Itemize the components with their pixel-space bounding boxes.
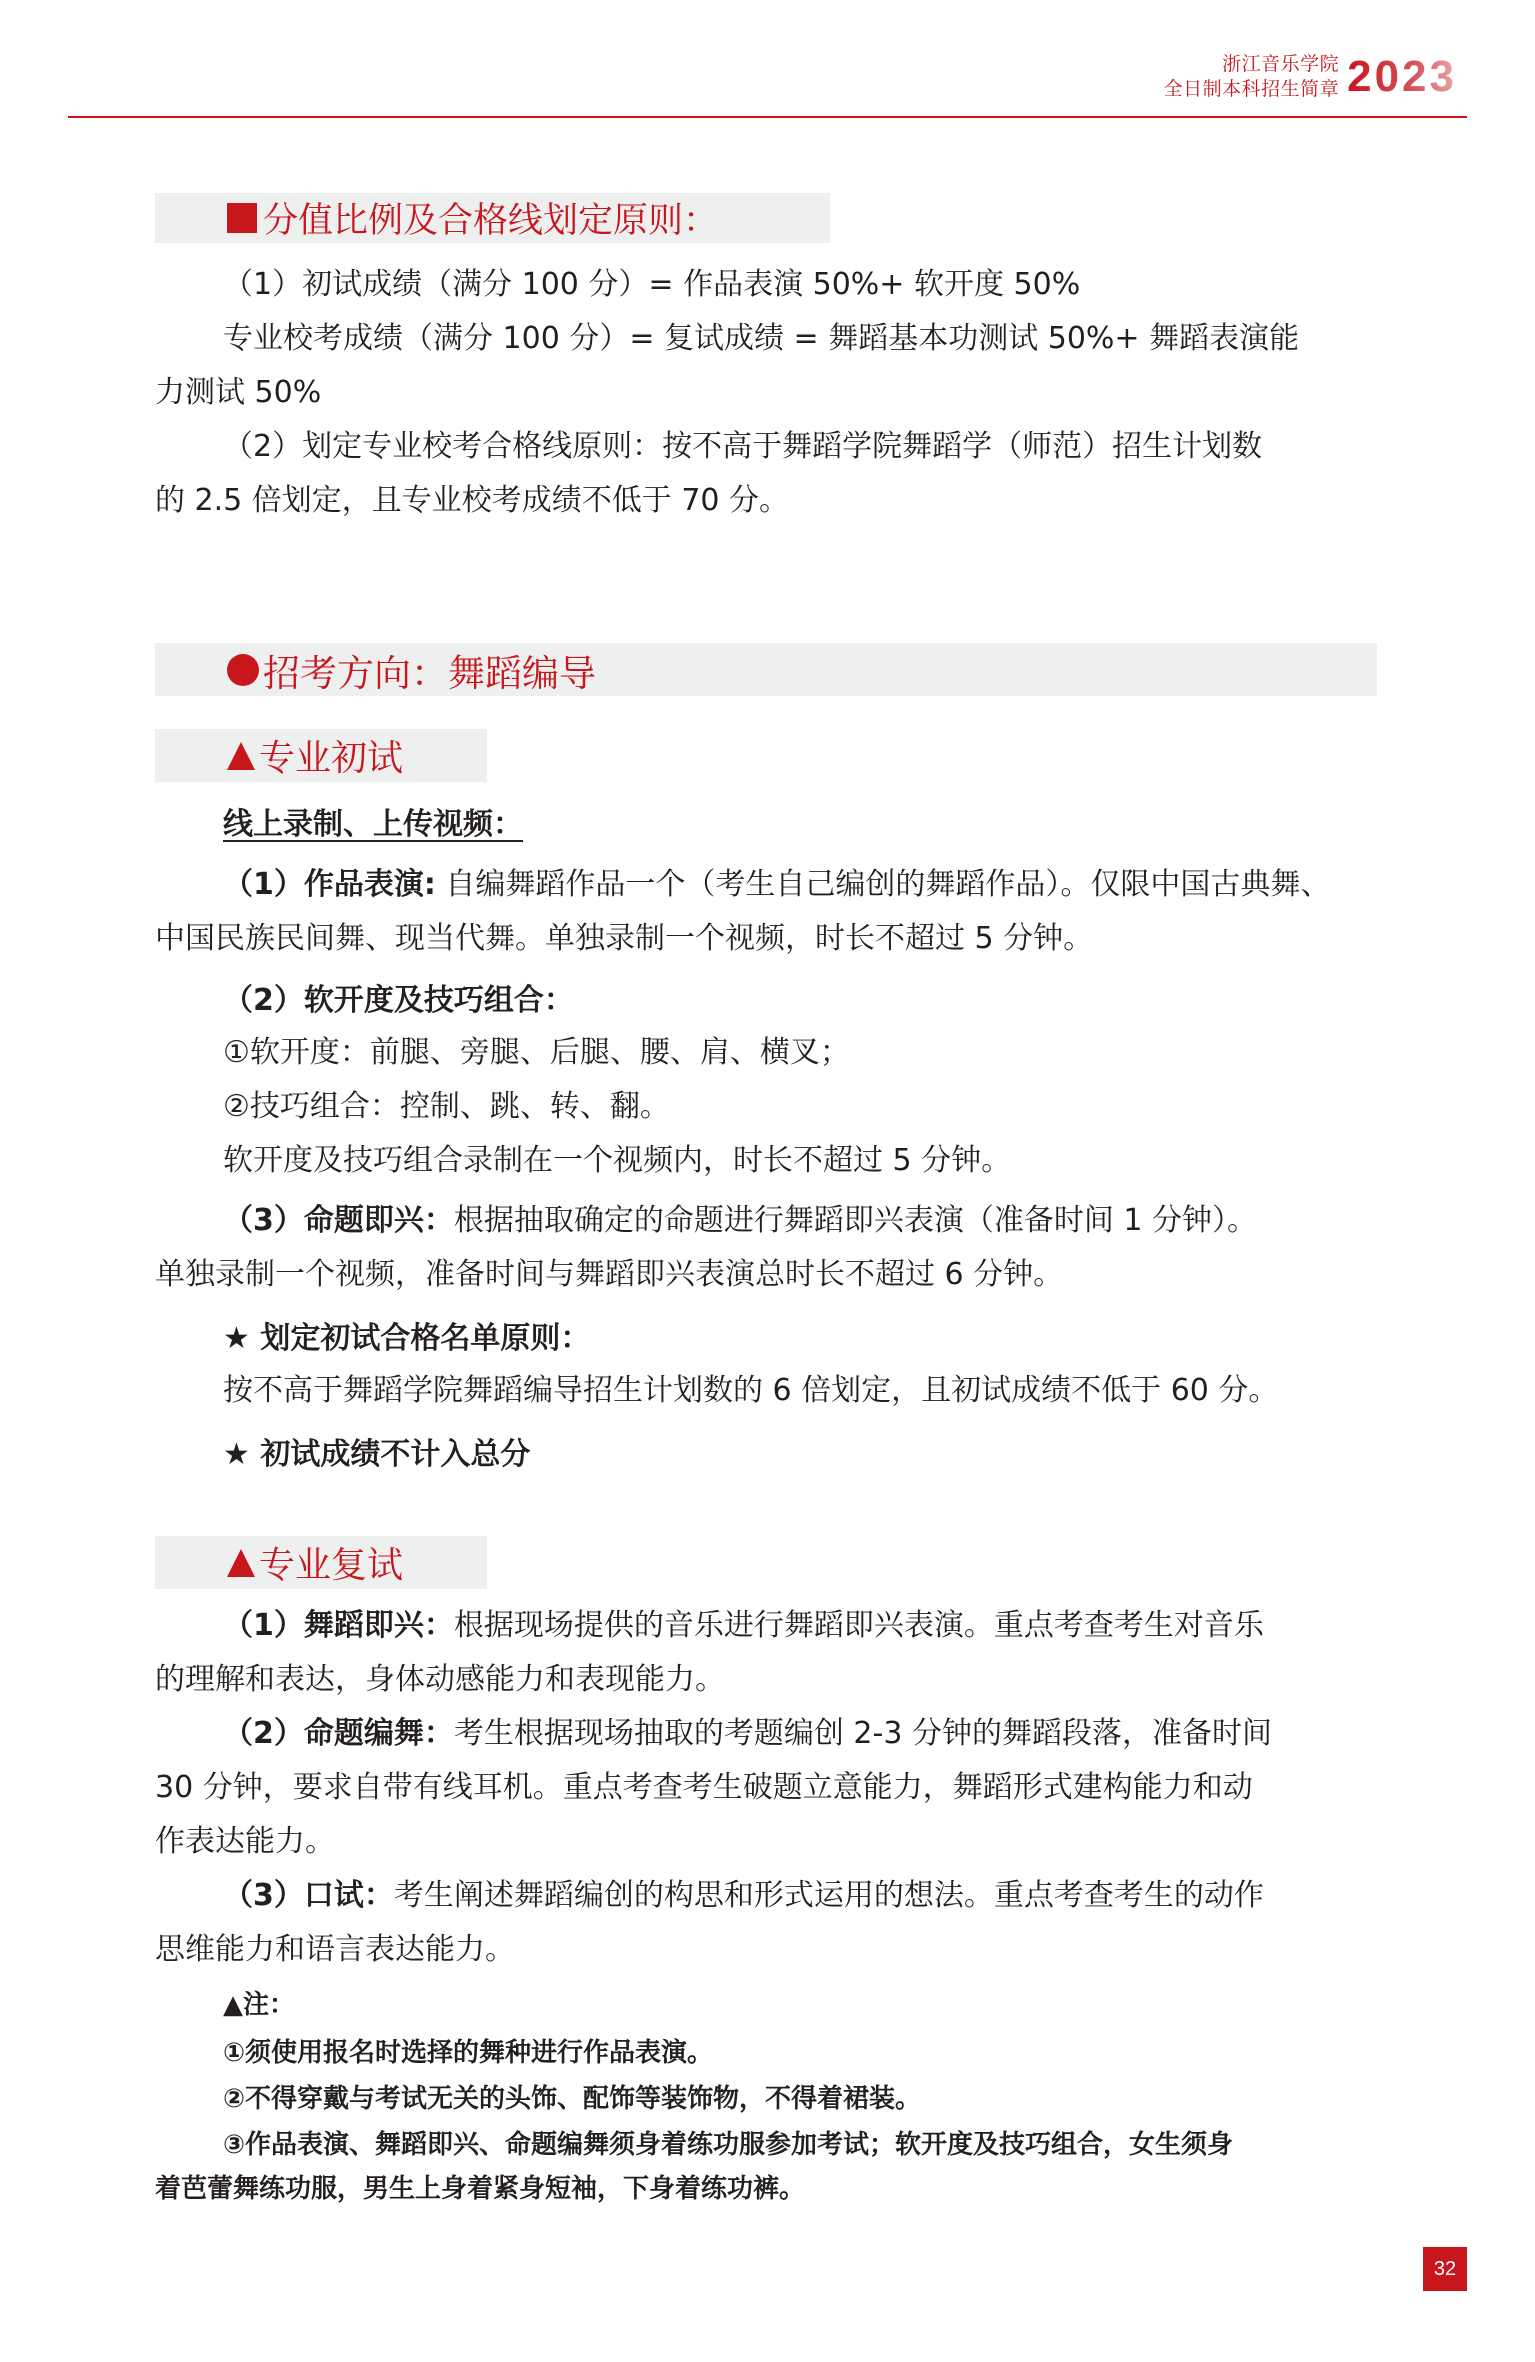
note-3: ③作品表演、舞蹈即兴、命题编舞须身着练功服参加考试；软开度及技巧组合，女生须身	[155, 2122, 1377, 2168]
retest-item-1-text: 根据现场提供的音乐进行舞蹈即兴表演。重点考查考生对音乐	[454, 1608, 1264, 1643]
notes-label: ▲注：	[223, 1982, 1377, 2028]
retest-item-2-cont-1: 30 分钟，要求自带有线耳机。重点考查考生破题立意能力，舞蹈形式建构能力和动	[155, 1761, 1377, 1815]
retest-item-1: （1）舞蹈即兴：根据现场提供的音乐进行舞蹈即兴表演。重点考查考生对音乐	[155, 1599, 1377, 1653]
score-line-4: （2）划定专业校考合格线原则：按不高于舞蹈学院舞蹈学（师范）招生计划数	[155, 420, 1377, 474]
retest-item-2: （2）命题编舞：考生根据现场抽取的考题编创 2-3 分钟的舞蹈段落，准备时间	[155, 1707, 1377, 1761]
retest-item-2-cont-2: 作表达能力。	[155, 1815, 1377, 1869]
prelim-item-2-label: （2）软开度及技巧组合：	[223, 983, 574, 1018]
retest-item-2-label: （2）命题编舞：	[223, 1716, 454, 1751]
retest-item-3-text: 考生阐述舞蹈编创的构思和形式运用的想法。重点考查考生的动作	[394, 1878, 1264, 1913]
direction-title: 招考方向：舞蹈编导	[263, 643, 596, 697]
prelim-item-1-cont: 中国民族民间舞、现当代舞。单独录制一个视频，时长不超过 5 分钟。	[155, 912, 1377, 966]
circle-bullet-icon	[227, 654, 259, 686]
note-1: ①须使用报名时选择的舞种进行作品表演。	[223, 2030, 1377, 2076]
prelim-item-3-label: （3）命题即兴：	[223, 1203, 454, 1238]
prelim-item-2-sub-3: 软开度及技巧组合录制在一个视频内，时长不超过 5 分钟。	[223, 1134, 1377, 1188]
retest-heading: 专业复试	[155, 1536, 487, 1589]
score-line-3: 力测试 50%	[155, 366, 1377, 420]
prelim-item-3-text: 根据抽取确定的命题进行舞蹈即兴表演（准备时间 1 分钟）。	[454, 1203, 1257, 1238]
prelim-item-1: （1）作品表演: 自编舞蹈作品一个（考生自己编创的舞蹈作品）。仅限中国古典舞、	[155, 858, 1377, 912]
prelim-star-2: ★ 初试成绩不计入总分	[223, 1428, 1377, 1482]
preliminary-heading: 专业初试	[155, 729, 487, 782]
preliminary-title: 专业初试	[259, 730, 403, 781]
retest-item-2-text: 考生根据现场抽取的考题编创 2-3 分钟的舞蹈段落，准备时间	[454, 1716, 1272, 1751]
retest-item-1-cont: 的理解和表达，身体动感能力和表现能力。	[155, 1653, 1377, 1707]
score-principle-heading: 分值比例及合格线划定原则：	[155, 193, 830, 243]
prelim-star-1-text: 按不高于舞蹈学院舞蹈编导招生计划数的 6 倍划定，且初试成绩不低于 60 分。	[223, 1364, 1377, 1418]
retest-title: 专业复试	[259, 1537, 403, 1588]
retest-item-3-cont: 思维能力和语言表达能力。	[155, 1923, 1377, 1977]
online-label-line: 线上录制、上传视频：	[223, 798, 1377, 852]
note-3-cont: 着芭蕾舞练功服，男生上身着紧身短袖，下身着练功裤。	[155, 2166, 1377, 2212]
prelim-item-1-text: 自编舞蹈作品一个（考生自己编创的舞蹈作品）。仅限中国古典舞、	[436, 867, 1331, 902]
score-line-5: 的 2.5 倍划定，且专业校考成绩不低于 70 分。	[155, 474, 1377, 528]
triangle-bullet-icon	[227, 742, 255, 770]
retest-item-3-label: （3）口试：	[223, 1878, 394, 1913]
prelim-item-2: （2）软开度及技巧组合：	[223, 974, 1377, 1028]
header-year: 2023	[1347, 52, 1457, 102]
prelim-item-3-cont: 单独录制一个视频，准备时间与舞蹈即兴表演总时长不超过 6 分钟。	[155, 1248, 1377, 1302]
header-divider	[68, 116, 1467, 118]
school-name: 浙江音乐学院	[1164, 52, 1340, 77]
header-title-block: 浙江音乐学院 全日制本科招生简章	[1164, 52, 1340, 102]
score-principle-title: 分值比例及合格线划定原则：	[263, 193, 718, 243]
online-upload-label: 线上录制、上传视频：	[223, 807, 523, 842]
prelim-item-3: （3）命题即兴：根据抽取确定的命题进行舞蹈即兴表演（准备时间 1 分钟）。	[155, 1194, 1377, 1248]
score-line-2: 专业校考成绩（满分 100 分）= 复试成绩 = 舞蹈基本功测试 50%+ 舞蹈…	[155, 312, 1377, 366]
prelim-star-1: ★ 划定初试合格名单原则：	[223, 1312, 1377, 1366]
prelim-item-1-label: （1）作品表演:	[223, 867, 436, 902]
brochure-subtitle: 全日制本科招生简章	[1164, 77, 1340, 102]
note-2: ②不得穿戴与考试无关的头饰、配饰等装饰物，不得着裙装。	[223, 2076, 1377, 2122]
square-bullet-icon	[227, 203, 257, 233]
page-number-badge: 32	[1423, 2247, 1467, 2291]
direction-heading: 招考方向：舞蹈编导	[155, 643, 1377, 696]
page-header: 浙江音乐学院 全日制本科招生简章 2023	[1164, 52, 1457, 102]
retest-item-1-label: （1）舞蹈即兴：	[223, 1608, 454, 1643]
triangle-bullet-icon	[227, 1549, 255, 1577]
score-line-1: （1）初试成绩（满分 100 分）= 作品表演 50%+ 软开度 50%	[155, 258, 1377, 312]
prelim-item-2-sub-2: ②技巧组合：控制、跳、转、翻。	[223, 1080, 1377, 1134]
retest-item-3: （3）口试：考生阐述舞蹈编创的构思和形式运用的想法。重点考查考生的动作	[155, 1869, 1377, 1923]
prelim-star-2-label: ★ 初试成绩不计入总分	[223, 1437, 530, 1472]
prelim-star-1-label: ★ 划定初试合格名单原则：	[223, 1321, 590, 1356]
prelim-item-2-sub-1: ①软开度：前腿、旁腿、后腿、腰、肩、横叉；	[223, 1026, 1377, 1080]
